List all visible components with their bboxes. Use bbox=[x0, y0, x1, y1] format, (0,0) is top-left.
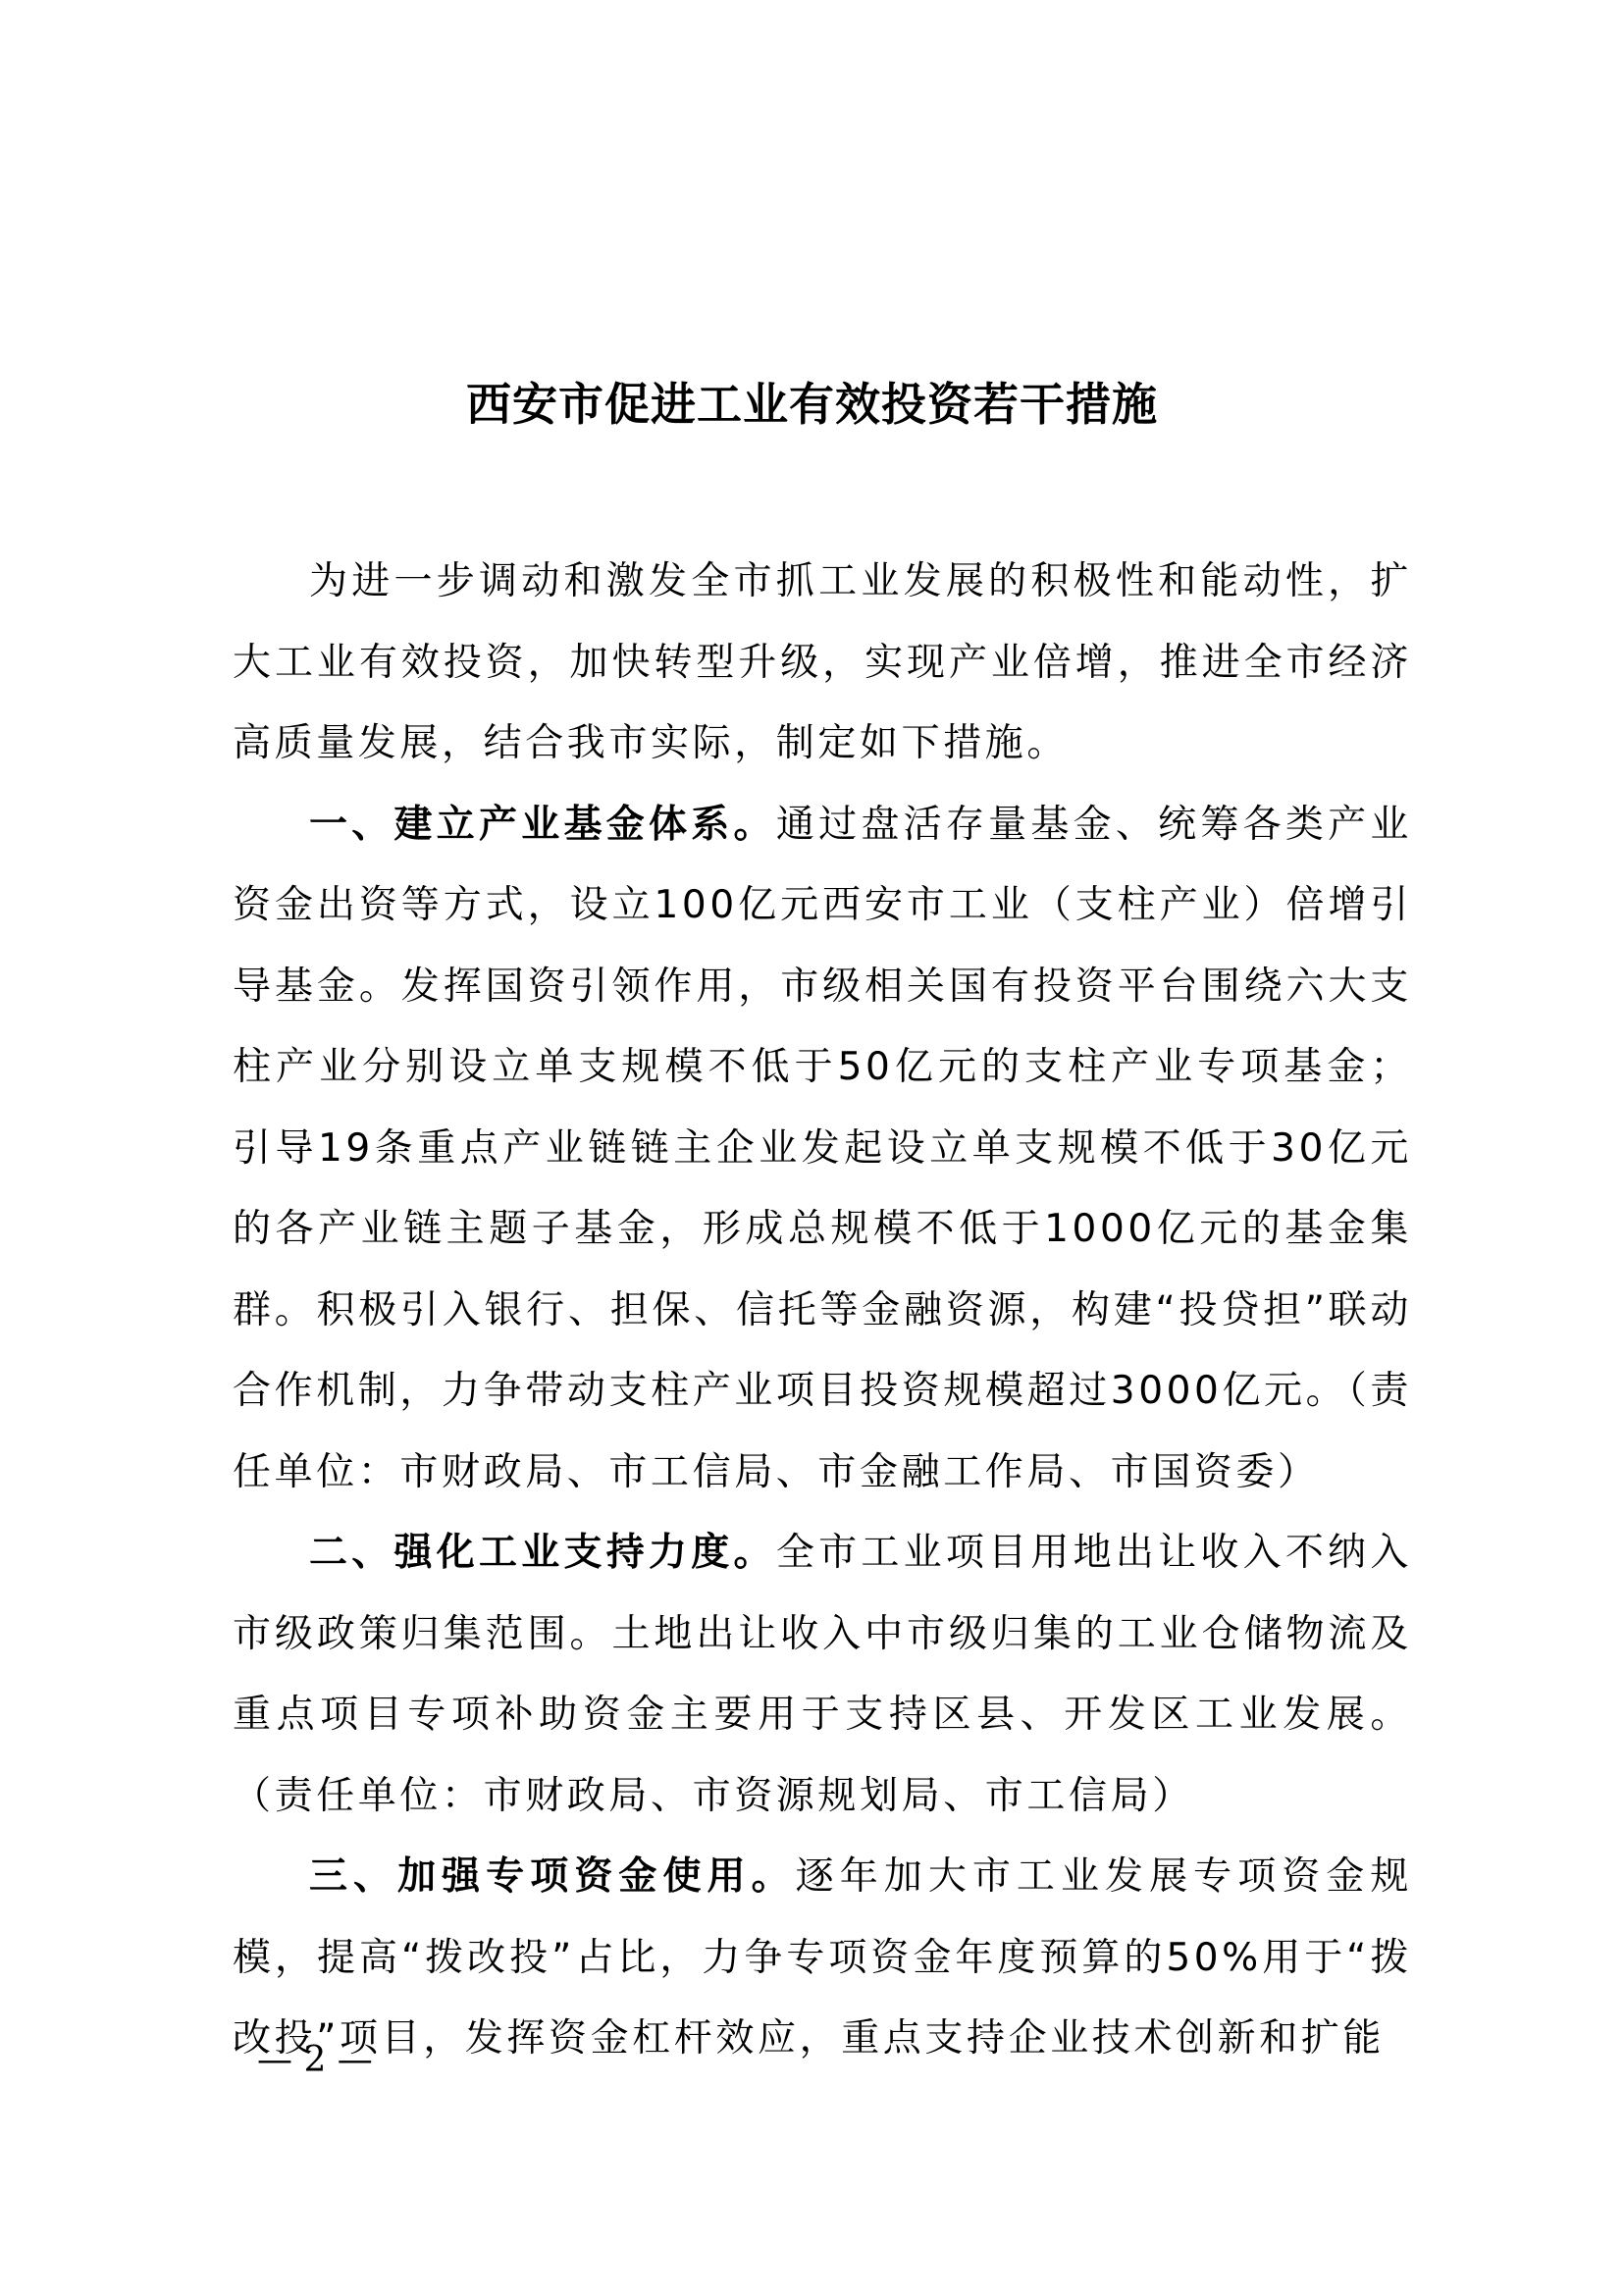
document-page: 西安市促进工业有效投资若干措施 为进一步调动和激发全市抓工业发展的积极性和能动性… bbox=[0, 0, 1624, 2296]
section-3-heading: 三、加强专项资金使用。 bbox=[309, 1854, 796, 1899]
document-title: 西安市促进工业有效投资若干措施 bbox=[0, 375, 1624, 434]
document-body: 为进一步调动和激发全市抓工业发展的积极性和能动性，扩大工业有效投资，加快转型升级… bbox=[233, 542, 1412, 2080]
section-1-paragraph: 一、建立产业基金体系。通过盘活存量基金、统筹各类产业资金出资等方式，设立100亿… bbox=[233, 785, 1412, 1514]
section-1-body: 通过盘活存量基金、统筹各类产业资金出资等方式，设立100亿元西安市工业（支柱产业… bbox=[233, 803, 1412, 1494]
section-3-paragraph: 三、加强专项资金使用。逐年加大市工业发展专项资金规模，提高“拨改投”占比，力争专… bbox=[233, 1837, 1412, 2080]
page-number: — 2 — bbox=[257, 2041, 373, 2080]
section-2-paragraph: 二、强化工业支持力度。全市工业项目用地出让收入不纳入市级政策归集范围。土地出让收… bbox=[233, 1513, 1412, 1837]
intro-paragraph: 为进一步调动和激发全市抓工业发展的积极性和能动性，扩大工业有效投资，加快转型升级… bbox=[233, 542, 1412, 785]
section-2-heading: 二、强化工业支持力度。 bbox=[309, 1531, 776, 1575]
section-1-heading: 一、建立产业基金体系。 bbox=[309, 803, 776, 847]
